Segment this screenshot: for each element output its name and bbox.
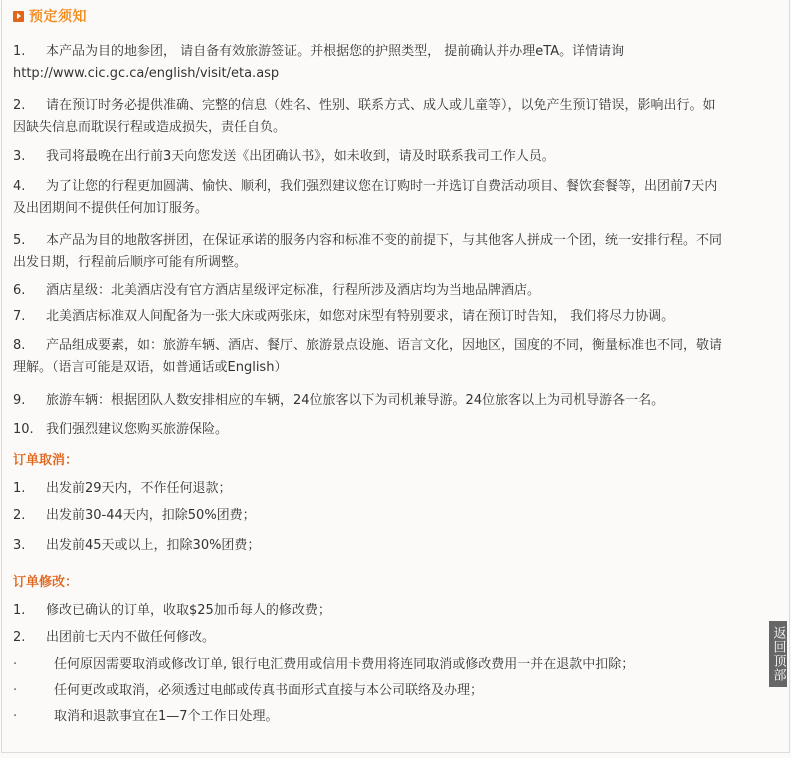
item-number: 1.: [13, 41, 46, 63]
item-number: 9.: [13, 390, 46, 412]
modification-item-2: 2.出团前七天内不做任何修改。: [13, 627, 778, 649]
item-text: 取消和退款事宜在1—7个工作日处理。: [54, 709, 279, 724]
item-text: 为了让您的行程更加圆满、愉快、顺利，我们强烈建议您在订购时一并选订自费活动项目、…: [46, 179, 717, 194]
item-number: 8.: [13, 335, 46, 357]
notice-item-5: 5.本产品为目的地散客拼团，在保证承诺的服务内容和标准不变的前提下，与其他客人拼…: [13, 230, 778, 274]
item-text: 产品组成要素，如：旅游车辆、酒店、餐厅、旅游景点设施、语言文化，因地区，国度的不…: [46, 338, 722, 353]
bullet-mark: ·: [13, 680, 54, 702]
item-text: 出发前30-44天内，扣除50%团费；: [46, 508, 256, 523]
item-text: 本产品为目的地散客拼团，在保证承诺的服务内容和标准不变的前提下，与其他客人拼成一…: [46, 233, 722, 248]
play-square-icon: [13, 11, 24, 22]
item-text: 出发前45天或以上，扣除30%团费；: [46, 538, 260, 553]
item-text: 本产品为目的地参团， 请自备有效旅游签证。并根据您的护照类型， 提前确认并办理e…: [46, 44, 624, 59]
eta-link[interactable]: http://www.cic.gc.ca/english/visit/eta.a…: [13, 66, 279, 81]
item-number: 5.: [13, 230, 46, 252]
notice-item-9: 9.旅游车辆：根据团队人数安排相应的车辆，24位旅客以下为司机兼导游。24位旅客…: [13, 390, 778, 412]
item-number: 3.: [13, 146, 46, 168]
notice-item-4: 4.为了让您的行程更加圆满、愉快、顺利，我们强烈建议您在订购时一并选订自费活动项…: [13, 176, 778, 220]
booking-notice-panel: 预定须知 1.本产品为目的地参团， 请自备有效旅游签证。并根据您的护照类型， 提…: [1, 0, 790, 753]
item-text: 酒店星级：北美酒店没有官方酒店星级评定标准，行程所涉及酒店均为当地品牌酒店。: [46, 283, 540, 298]
cancellation-item-2: 2.出发前30-44天内，扣除50%团费；: [13, 505, 778, 527]
modification-item-1: 1.修改已确认的订单，收取$25加币每人的修改费；: [13, 600, 778, 622]
bullet-mark: ·: [13, 706, 54, 728]
item-text: 任何更改或取消，必须透过电邮或传真书面形式直接与本公司联络及办理；: [54, 683, 483, 698]
item-number: 2.: [13, 95, 46, 117]
item-number: 1.: [13, 600, 46, 622]
item-text: 我们强烈建议您购买旅游保险。: [46, 422, 228, 437]
notice-title: 预定须知: [29, 6, 87, 26]
bullet-mark: ·: [13, 654, 54, 676]
notice-item-7: 7.北美酒店标准双人间配备为一张大床或两张床，如您对床型有特别要求，请在预订时告…: [13, 306, 778, 328]
modification-bullet-1: ·任何原因需要取消或修改订单, 银行电汇费用或信用卡费用将连同取消或修改费用一并…: [13, 654, 778, 676]
item-number: 2.: [13, 627, 46, 649]
item-number: 4.: [13, 176, 46, 198]
notice-item-6: 6.酒店星级：北美酒店没有官方酒店星级评定标准，行程所涉及酒店均为当地品牌酒店。: [13, 280, 778, 302]
item-text-cont: 理解。（语言可能是双语，如普通话或English）: [13, 360, 287, 375]
notice-item-2: 2.请在预订时务必提供准确、完整的信息（姓名、性别、联系方式、成人或儿童等），以…: [13, 95, 778, 139]
notice-item-1: 1.本产品为目的地参团， 请自备有效旅游签证。并根据您的护照类型， 提前确认并办…: [13, 41, 778, 85]
item-text-cont: 出发日期，行程前后顺序可能有所调整。: [13, 255, 247, 270]
item-number: 3.: [13, 535, 46, 557]
item-text: 任何原因需要取消或修改订单, 银行电汇费用或信用卡费用将连同取消或修改费用一并在…: [54, 657, 634, 672]
item-text: 请在预订时务必提供准确、完整的信息（姓名、性别、联系方式、成人或儿童等），以免产…: [46, 98, 716, 113]
cancellation-item-1: 1.出发前29天内，不作任何退款；: [13, 478, 778, 500]
item-number: 6.: [13, 280, 46, 302]
item-number: 7.: [13, 306, 46, 328]
notice-item-10: 10.我们强烈建议您购买旅游保险。: [13, 419, 778, 441]
item-text: 北美酒店标准双人间配备为一张大床或两张床，如您对床型有特别要求，请在预订时告知，…: [46, 309, 674, 324]
item-number: 1.: [13, 478, 46, 500]
item-text-cont: 因缺失信息而耽误行程或造成损失，责任自负。: [13, 120, 286, 135]
item-text: 修改已确认的订单，收取$25加币每人的修改费；: [46, 603, 331, 618]
modification-bullet-3: ·取消和退款事宜在1—7个工作日处理。: [13, 706, 778, 728]
item-number: 2.: [13, 505, 46, 527]
modification-title: 订单修改：: [13, 572, 78, 594]
notice-header: 预定须知: [13, 7, 87, 25]
back-to-top-button[interactable]: 返回顶部: [769, 621, 787, 687]
cancellation-title: 订单取消：: [13, 450, 78, 472]
item-text: 我司将最晚在出行前3天向您发送《出团确认书》，如未收到，请及时联系我司工作人员。: [46, 149, 555, 164]
item-text-cont: 及出团期间不提供任何加订服务。: [13, 201, 208, 216]
notice-item-8: 8.产品组成要素，如：旅游车辆、酒店、餐厅、旅游景点设施、语言文化，因地区，国度…: [13, 335, 778, 379]
item-text: 旅游车辆：根据团队人数安排相应的车辆，24位旅客以下为司机兼导游。24位旅客以上…: [46, 393, 664, 408]
modification-bullet-2: ·任何更改或取消，必须透过电邮或传真书面形式直接与本公司联络及办理；: [13, 680, 778, 702]
item-text: 出发前29天内，不作任何退款；: [46, 481, 232, 496]
item-text: 出团前七天内不做任何修改。: [46, 630, 215, 645]
item-number: 10.: [13, 419, 46, 441]
notice-item-3: 3.我司将最晚在出行前3天向您发送《出团确认书》，如未收到，请及时联系我司工作人…: [13, 146, 778, 168]
cancellation-item-3: 3.出发前45天或以上，扣除30%团费；: [13, 535, 778, 557]
